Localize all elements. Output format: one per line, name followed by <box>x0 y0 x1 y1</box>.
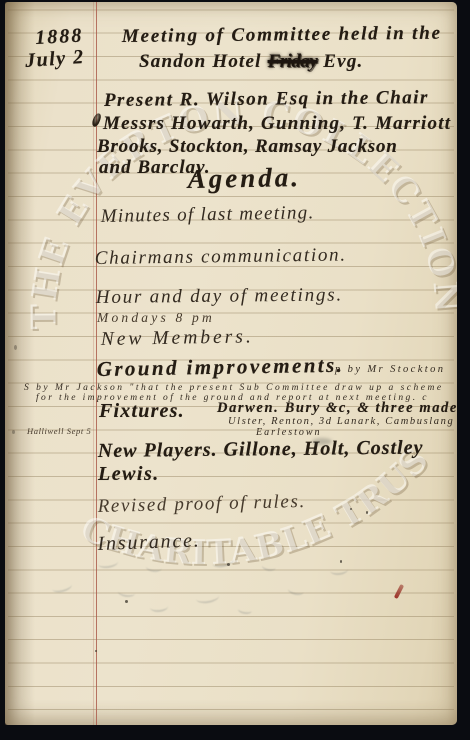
entry-date: July 2 <box>24 46 85 73</box>
margin-line-echo <box>93 2 94 725</box>
item-hour-note: Mondays 8 pm <box>97 310 215 326</box>
ink-speck <box>14 345 17 350</box>
ink-speck <box>95 650 97 652</box>
present-line-1: Present R. Wilson Esq in the Chair <box>104 87 429 112</box>
heading-line-2-pre: Sandon Hotel <box>139 51 268 72</box>
item-fixtures-label: Fixtures. <box>99 400 185 423</box>
note-proposed-by: p by Mr Stockton <box>335 364 445 375</box>
ink-speck <box>366 511 368 514</box>
item-fixtures-list-3: Earlestown <box>256 427 322 438</box>
item-ground-improvements: Ground improvements. <box>97 353 345 382</box>
present-line-2: Messrs Howarth, Gunning, T. Marriott <box>103 113 451 135</box>
ink-speck <box>227 563 230 566</box>
item-new-players: New Players. Gillone, Holt, Costley <box>98 437 424 463</box>
present-line-3: Brooks, Stockton, Ramsay Jackson <box>97 136 398 158</box>
item-fixtures-list-2: Ulster, Renton, 3d Lanark, Cambuslang <box>228 416 454 427</box>
ink-speck <box>125 600 128 603</box>
item-chairman-communication: Chairmans communication. <box>95 244 347 270</box>
item-fixtures-list: Darwen. Bury &c, & three made <box>217 400 458 417</box>
item-minutes: Minutes of last meeting. <box>101 202 315 228</box>
ink-speck <box>340 560 342 563</box>
ink-speck <box>12 430 15 434</box>
heading-line-2-post: Evg. <box>317 51 363 72</box>
struck-word: Friday <box>268 51 318 72</box>
resolution-line-1: S by Mr Jackson "that the present Sub Co… <box>24 383 444 393</box>
margin-note-halliwell: Halliwell Sept 5 <box>27 426 91 436</box>
ink-smudge <box>312 438 332 445</box>
ledger-photo: { "colors": { "backdrop": "#0a0c11", "pa… <box>0 0 470 740</box>
item-new-players-2: Lewis. <box>98 463 160 486</box>
heading-line-1: Meeting of Committee held in the <box>122 23 442 48</box>
agenda-heading: Agenda. <box>187 162 301 195</box>
item-insurance: Insurance. <box>97 529 201 556</box>
binding-gutter-shadow <box>5 2 35 725</box>
ink-speck <box>350 508 352 510</box>
item-hour-day: Hour and day of meetings. <box>96 284 343 309</box>
item-new-members: New Members. <box>101 326 254 351</box>
